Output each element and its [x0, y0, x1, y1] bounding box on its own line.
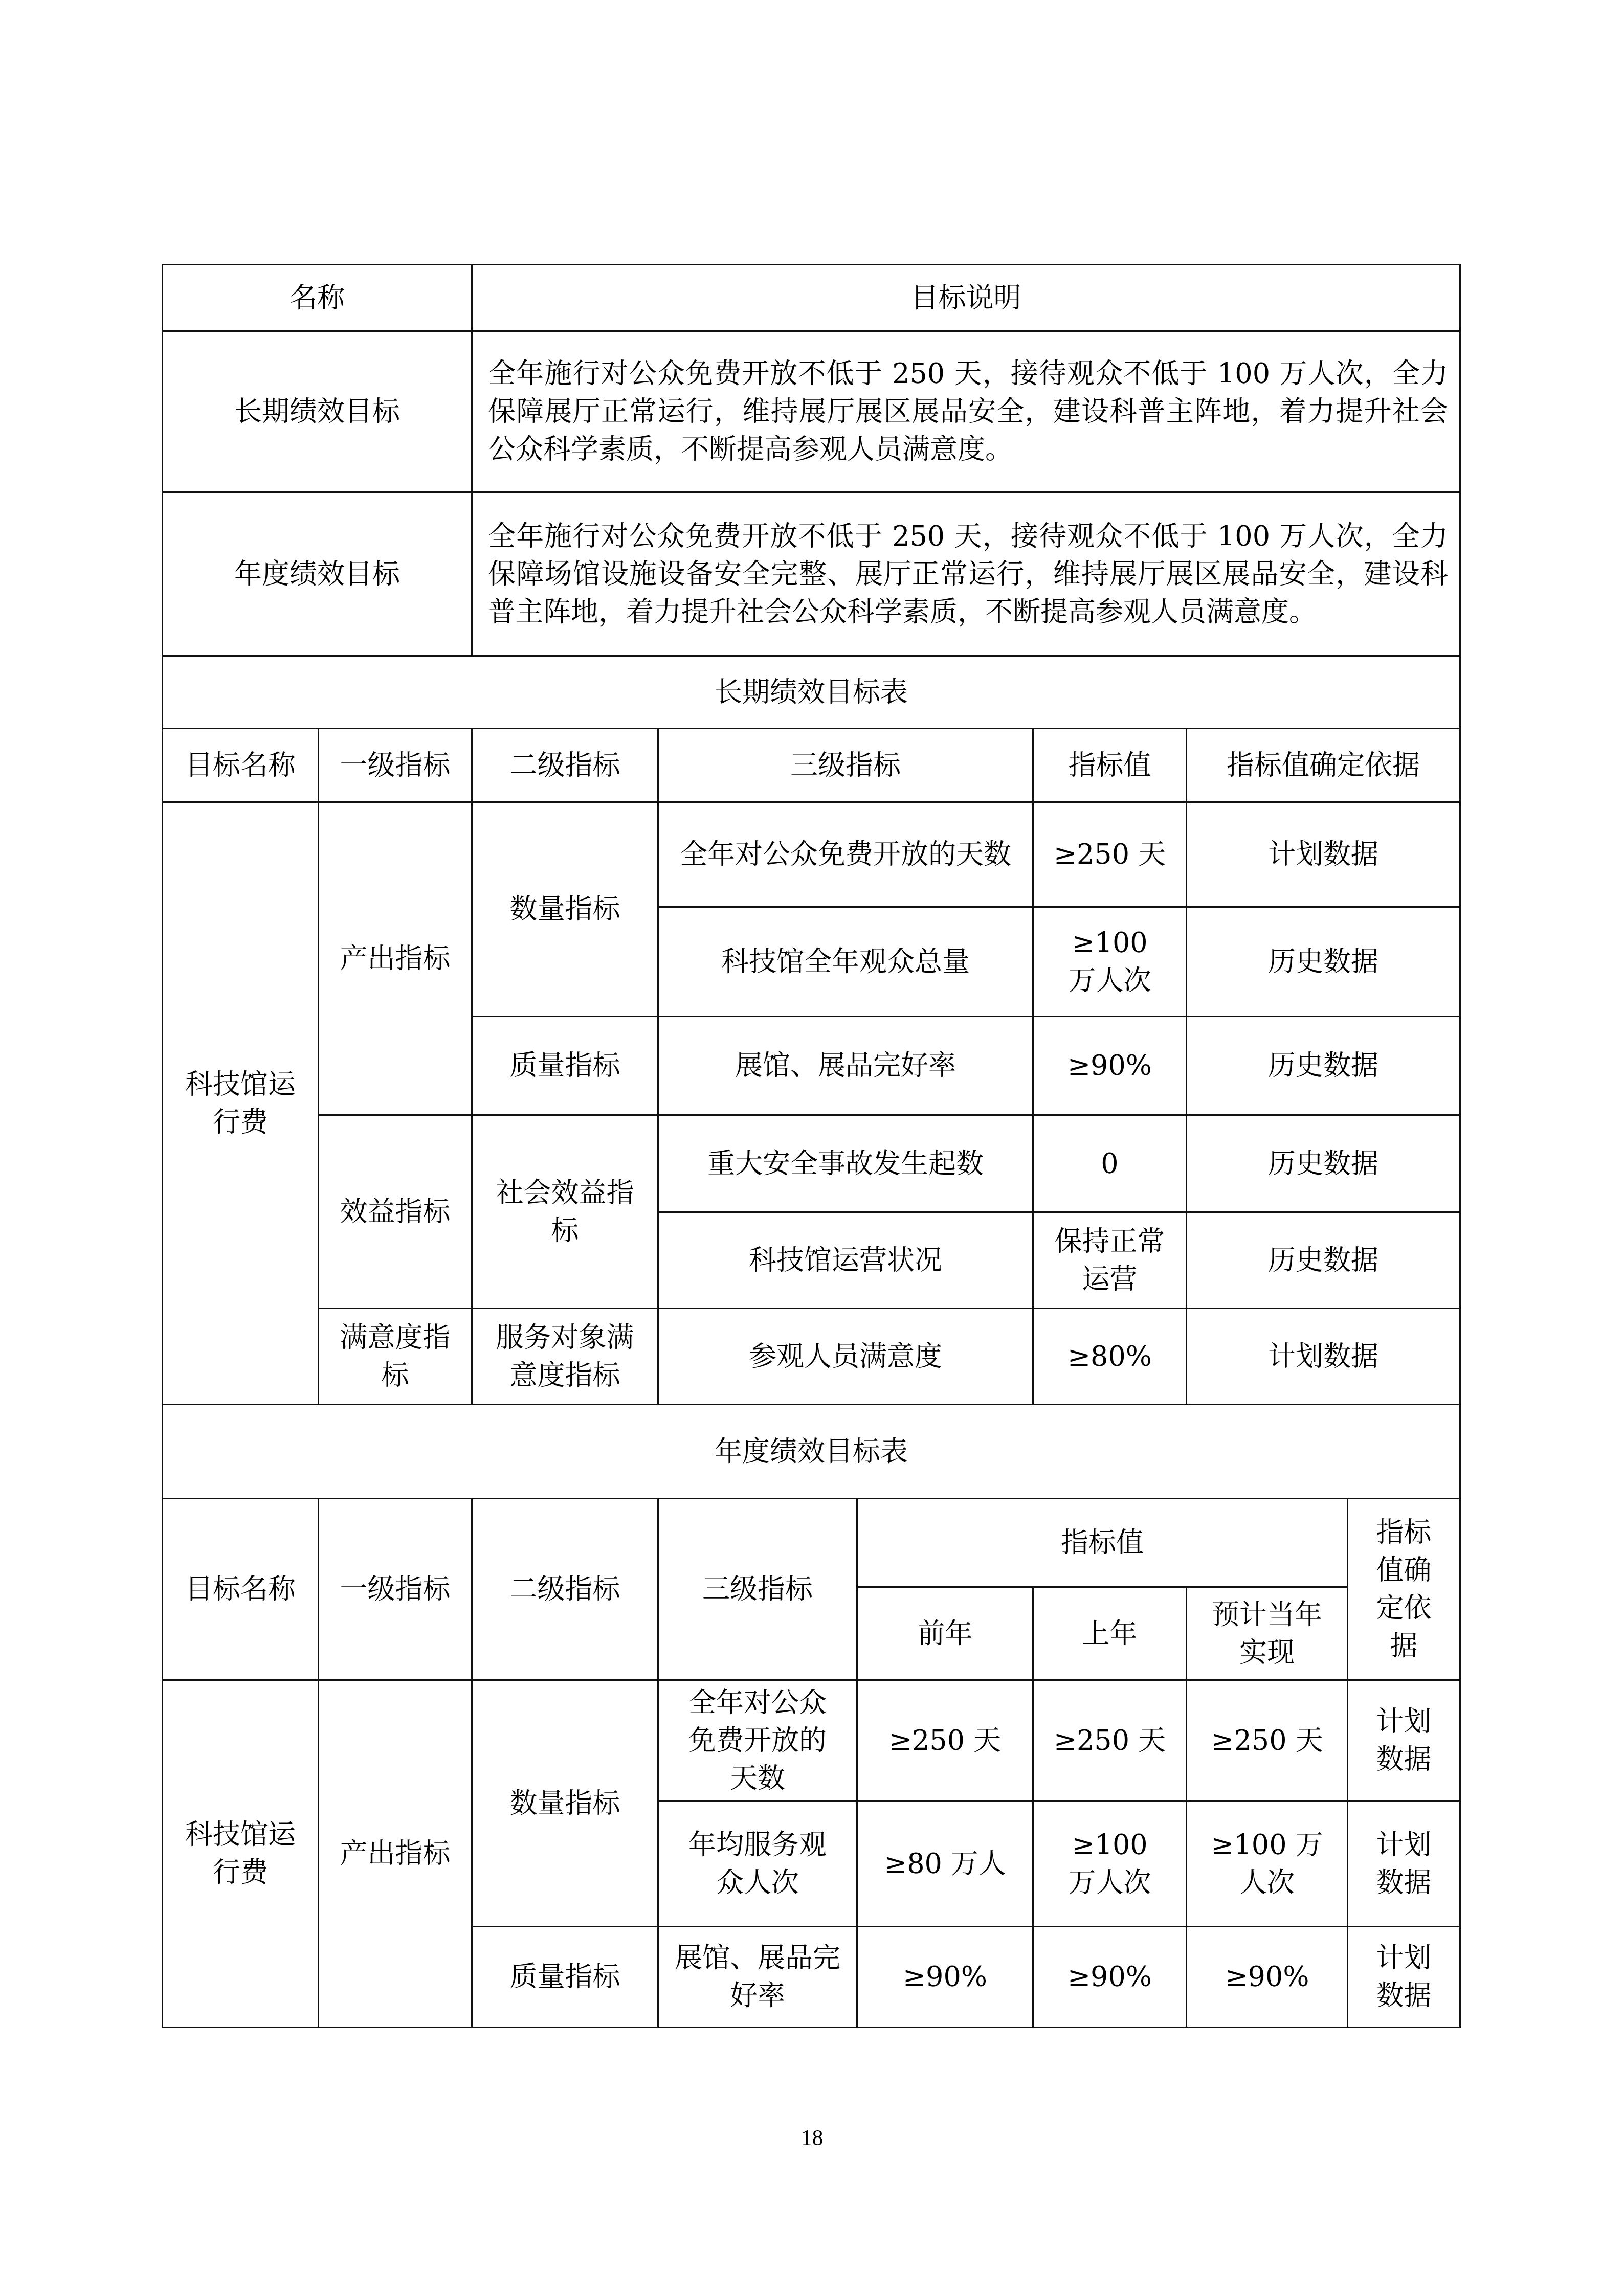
- at-row-0-basis: 计划数据: [1347, 1679, 1461, 1802]
- annual-table-title-text: 年度绩效目标表: [715, 1433, 908, 1471]
- at-row-1-prev2: ≥80 万人: [856, 1800, 1034, 1927]
- lt-row-4-level3: 科技馆运营状况: [657, 1211, 1034, 1309]
- lt-basis-text: 历史数据: [1268, 1047, 1378, 1085]
- at-row-2-prev1: ≥90%: [1032, 1926, 1187, 2028]
- at-row-1-current: ≥100 万人次: [1186, 1800, 1348, 1927]
- lt-row-0-level3: 全年对公众免费开放的天数: [657, 801, 1034, 908]
- lt-col-target-name: 目标名称: [162, 728, 319, 803]
- at-row-2-level3: 展馆、展品完好率: [657, 1926, 858, 2028]
- lt-level2-service: 服务对象满意度指标: [471, 1308, 659, 1405]
- lt-row-2-basis: 历史数据: [1186, 1016, 1461, 1116]
- at-target-name-text: 科技馆运行费: [184, 1816, 297, 1892]
- at-row-1-basis: 计划数据: [1347, 1800, 1461, 1927]
- at-col-label: 二级指标: [510, 1570, 620, 1608]
- lt-col-label: 目标名称: [185, 747, 296, 784]
- at-level1-text: 产出指标: [340, 1835, 451, 1873]
- lt-level3-text: 全年对公众免费开放的天数: [680, 836, 1011, 873]
- at-col-target-name: 目标名称: [162, 1498, 319, 1681]
- at-col-label: 一级指标: [340, 1570, 451, 1608]
- annual-text-cell: 全年施行对公众免费开放不低于 250 天，接待观众不低于 100 万人次，全力保…: [471, 491, 1461, 657]
- at-level2-quantity: 数量指标: [471, 1679, 659, 1927]
- long-term-table-title: 长期绩效目标表: [162, 655, 1461, 729]
- at-col-label: 上年: [1082, 1615, 1138, 1653]
- at-level1-output: 产出指标: [318, 1679, 473, 2028]
- lt-row-1-value: ≥100 万人次: [1032, 906, 1187, 1017]
- at-level2-text: 数量指标: [510, 1785, 620, 1822]
- at-row-2-current: ≥90%: [1186, 1926, 1348, 2028]
- at-level2-quality: 质量指标: [471, 1926, 659, 2028]
- at-value-text: ≥250 天: [889, 1722, 1001, 1760]
- lt-level3-text: 重大安全事故发生起数: [707, 1145, 984, 1183]
- lt-level1-text: 效益指标: [340, 1193, 451, 1231]
- lt-target-name-text: 科技馆运行费: [184, 1066, 297, 1141]
- lt-row-2-value: ≥90%: [1032, 1016, 1187, 1116]
- at-row-2-prev2: ≥90%: [856, 1926, 1034, 2028]
- lt-col-label: 二级指标: [510, 747, 620, 784]
- lt-row-0-value: ≥250 天: [1032, 801, 1187, 908]
- long-term-label-cell: 长期绩效目标: [162, 330, 473, 493]
- annual-label: 年度绩效目标: [234, 555, 400, 593]
- lt-level1-output: 产出指标: [318, 801, 473, 1116]
- at-col-label: 目标名称: [185, 1570, 296, 1608]
- lt-level2-text: 质量指标: [510, 1047, 620, 1085]
- lt-col-level3: 三级指标: [657, 728, 1034, 803]
- lt-col-label: 指标值确定依据: [1227, 747, 1420, 784]
- at-row-1-prev1: ≥100 万人次: [1032, 1800, 1187, 1927]
- lt-col-basis: 指标值确定依据: [1186, 728, 1461, 803]
- lt-row-3-level3: 重大安全事故发生起数: [657, 1114, 1034, 1213]
- lt-basis-text: 历史数据: [1268, 1242, 1378, 1279]
- at-col-label: 指标值: [1061, 1524, 1144, 1562]
- lt-value-text: ≥90%: [1067, 1047, 1152, 1085]
- lt-row-5-level3: 参观人员满意度: [657, 1308, 1034, 1405]
- at-col-label: 预计当年实现: [1206, 1596, 1328, 1672]
- lt-row-2-level3: 展馆、展品完好率: [657, 1016, 1034, 1116]
- at-level3-text: 全年对公众免费开放的天数: [679, 1684, 836, 1797]
- lt-col-label: 指标值: [1069, 747, 1151, 784]
- at-level3-text: 展馆、展品完好率: [671, 1939, 844, 2015]
- lt-level2-quality: 质量指标: [471, 1016, 659, 1116]
- at-value-text: ≥80 万人: [884, 1845, 1006, 1883]
- at-basis-text: 计划数据: [1374, 1939, 1434, 2015]
- at-col-basis: 指标值确定依据: [1347, 1498, 1461, 1681]
- at-col-prev2: 前年: [856, 1586, 1034, 1681]
- page-number: 18: [0, 2125, 1624, 2151]
- lt-level1-satisfaction: 满意度指标: [318, 1308, 473, 1405]
- at-target-name: 科技馆运行费: [162, 1679, 319, 2028]
- lt-row-4-basis: 历史数据: [1186, 1211, 1461, 1309]
- at-basis-text: 计划数据: [1374, 1826, 1434, 1902]
- lt-level2-text: 数量指标: [510, 890, 620, 928]
- at-row-0-current: ≥250 天: [1186, 1679, 1348, 1802]
- annual-table-title: 年度绩效目标表: [162, 1404, 1461, 1499]
- at-col-current: 预计当年实现: [1186, 1586, 1348, 1681]
- at-col-value-group: 指标值: [856, 1498, 1348, 1588]
- lt-level1-benefit: 效益指标: [318, 1114, 473, 1309]
- lt-row-4-value: 保持正常运营: [1032, 1211, 1187, 1309]
- lt-level2-text: 社会效益指标: [493, 1174, 637, 1250]
- at-value-text: ≥90%: [1067, 1958, 1152, 1996]
- lt-row-1-level3: 科技馆全年观众总量: [657, 906, 1034, 1017]
- at-level2-text: 质量指标: [510, 1958, 620, 1996]
- lt-col-level2: 二级指标: [471, 728, 659, 803]
- long-term-text-cell: 全年施行对公众免费开放不低于 250 天，接待观众不低于 100 万人次，全力保…: [471, 330, 1461, 493]
- at-value-text: ≥250 天: [1211, 1722, 1323, 1760]
- lt-level3-text: 科技馆运营状况: [749, 1242, 942, 1279]
- at-basis-text: 计划数据: [1374, 1703, 1434, 1779]
- at-row-2-basis: 计划数据: [1347, 1926, 1461, 2028]
- lt-row-1-basis: 历史数据: [1186, 906, 1461, 1017]
- at-value-text: ≥90%: [1225, 1958, 1309, 1996]
- lt-value-text: ≥100 万人次: [1054, 924, 1165, 1000]
- lt-col-label: 一级指标: [340, 747, 451, 784]
- lt-row-3-basis: 历史数据: [1186, 1114, 1461, 1213]
- lt-basis-text: 历史数据: [1268, 1145, 1378, 1183]
- at-row-0-prev2: ≥250 天: [856, 1679, 1034, 1802]
- at-value-text: ≥90%: [903, 1958, 987, 1996]
- lt-level1-text: 产出指标: [340, 940, 451, 978]
- long-term-label: 长期绩效目标: [234, 393, 400, 431]
- header-desc-cell: 目标说明: [471, 264, 1461, 332]
- lt-row-5-value: ≥80%: [1032, 1308, 1187, 1405]
- lt-basis-text: 计划数据: [1268, 1338, 1378, 1376]
- at-row-1-level3: 年均服务观众人次: [657, 1800, 858, 1927]
- at-col-prev1: 上年: [1032, 1586, 1187, 1681]
- at-value-text: ≥100 万人次: [1210, 1826, 1324, 1902]
- header-name-cell: 名称: [162, 264, 473, 332]
- long-term-text: 全年施行对公众免费开放不低于 250 天，接待观众不低于 100 万人次，全力保…: [488, 355, 1448, 468]
- lt-value-text: ≥80%: [1067, 1338, 1152, 1376]
- at-col-label: 前年: [918, 1615, 973, 1653]
- at-value-text: ≥100 万人次: [1054, 1826, 1165, 1902]
- at-col-level1: 一级指标: [318, 1498, 473, 1681]
- at-row-0-prev1: ≥250 天: [1032, 1679, 1187, 1802]
- lt-level3-text: 科技馆全年观众总量: [721, 943, 970, 981]
- lt-col-level1: 一级指标: [318, 728, 473, 803]
- lt-row-0-basis: 计划数据: [1186, 801, 1461, 908]
- header-name-label: 名称: [290, 279, 345, 317]
- lt-row-3-value: 0: [1032, 1114, 1187, 1213]
- lt-level2-social: 社会效益指标: [471, 1114, 659, 1309]
- lt-level2-quantity: 数量指标: [471, 801, 659, 1017]
- at-row-0-level3: 全年对公众免费开放的天数: [657, 1679, 858, 1802]
- at-level3-text: 年均服务观众人次: [679, 1826, 836, 1902]
- lt-value-text: 保持正常运营: [1054, 1223, 1165, 1298]
- lt-level3-text: 参观人员满意度: [749, 1338, 942, 1376]
- at-col-label: 三级指标: [702, 1570, 813, 1608]
- lt-col-label: 三级指标: [790, 747, 901, 784]
- at-value-text: ≥250 天: [1054, 1722, 1166, 1760]
- lt-level3-text: 展馆、展品完好率: [735, 1047, 956, 1085]
- at-col-label: 指标值确定依据: [1374, 1514, 1434, 1665]
- long-term-table-title-text: 长期绩效目标表: [715, 673, 908, 711]
- lt-level2-text: 服务对象满意度指标: [493, 1319, 637, 1394]
- at-col-level2: 二级指标: [471, 1498, 659, 1681]
- lt-row-5-basis: 计划数据: [1186, 1308, 1461, 1405]
- lt-col-value: 指标值: [1032, 728, 1187, 803]
- lt-basis-text: 历史数据: [1268, 943, 1378, 981]
- lt-target-name: 科技馆运行费: [162, 801, 319, 1405]
- annual-text: 全年施行对公众免费开放不低于 250 天，接待观众不低于 100 万人次，全力保…: [488, 517, 1448, 631]
- at-col-level3: 三级指标: [657, 1498, 858, 1681]
- header-desc-label: 目标说明: [911, 279, 1021, 317]
- lt-value-text: 0: [1101, 1145, 1118, 1183]
- annual-label-cell: 年度绩效目标: [162, 491, 473, 657]
- lt-level1-text: 满意度指标: [335, 1319, 456, 1394]
- lt-basis-text: 计划数据: [1268, 836, 1378, 873]
- lt-value-text: ≥250 天: [1054, 836, 1166, 873]
